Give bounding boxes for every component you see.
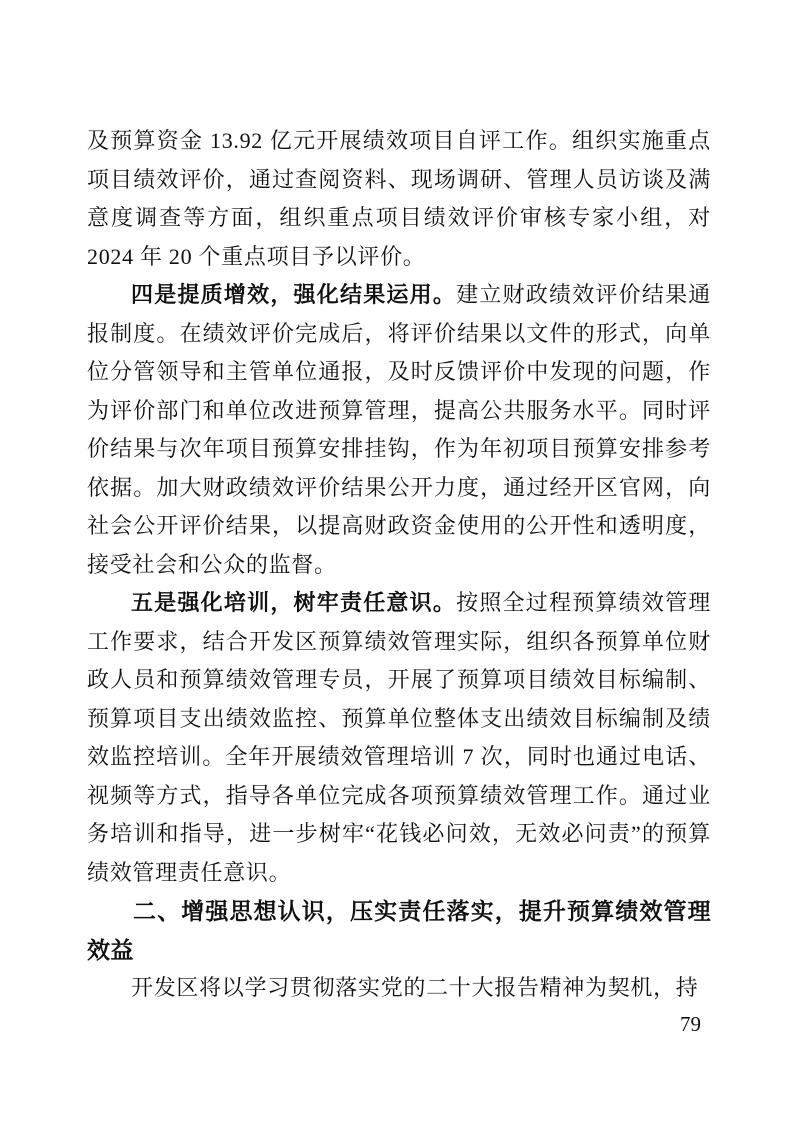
paragraph-text: 开发区将以学习贯彻落实党的二十大报告精神为契机，持 <box>131 975 699 1000</box>
paragraph-lead: 四是提质增效，强化结果运用。 <box>131 282 456 307</box>
paragraph: 开发区将以学习贯彻落实党的二十大报告精神为契机，持 <box>87 969 711 1008</box>
paragraph-text: 及预算资金 13.92 亿元开展绩效项目自评工作。组织实施重点项目绩效评价，通过… <box>87 128 711 269</box>
paragraph-text: 按照全过程预算绩效管理工作要求，结合开发区预算绩效管理实际，组织各预算单位财政人… <box>87 590 711 885</box>
paragraph-lead: 五是强化培训，树牢责任意识。 <box>131 590 456 615</box>
paragraph-text: 建立财政绩效评价结果通报制度。在绩效评价完成后，将评价结果以文件的形式，向单位分… <box>87 282 711 577</box>
page-number: 79 <box>680 1012 701 1037</box>
section-heading: 二、增强思想认识，压实责任落实，提升预算绩效管理效益 <box>87 892 711 969</box>
paragraph: 四是提质增效，强化结果运用。建立财政绩效评价结果通报制度。在绩效评价完成后，将评… <box>87 276 711 584</box>
document-page: 及预算资金 13.92 亿元开展绩效项目自评工作。组织实施重点项目绩效评价，通过… <box>0 0 793 1122</box>
document-body: 及预算资金 13.92 亿元开展绩效项目自评工作。组织实施重点项目绩效评价，通过… <box>87 122 711 1008</box>
paragraph: 五是强化培训，树牢责任意识。按照全过程预算绩效管理工作要求，结合开发区预算绩效管… <box>87 584 711 892</box>
paragraph: 及预算资金 13.92 亿元开展绩效项目自评工作。组织实施重点项目绩效评价，通过… <box>87 122 711 276</box>
